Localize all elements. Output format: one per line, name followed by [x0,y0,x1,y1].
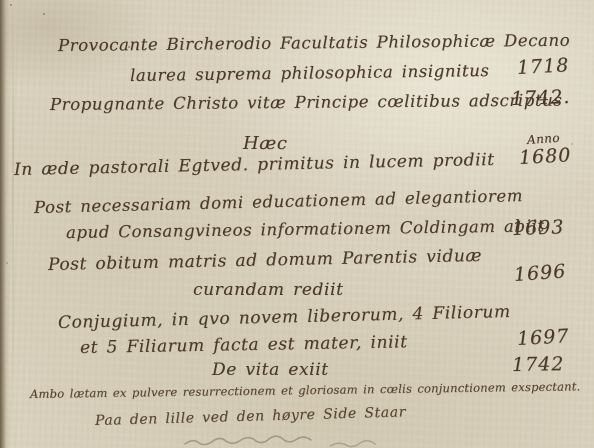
manuscript-page: Provocante Bircherodio Facultatis Philos… [0,0,594,448]
cutoff-handwriting-strokes [0,0,594,448]
